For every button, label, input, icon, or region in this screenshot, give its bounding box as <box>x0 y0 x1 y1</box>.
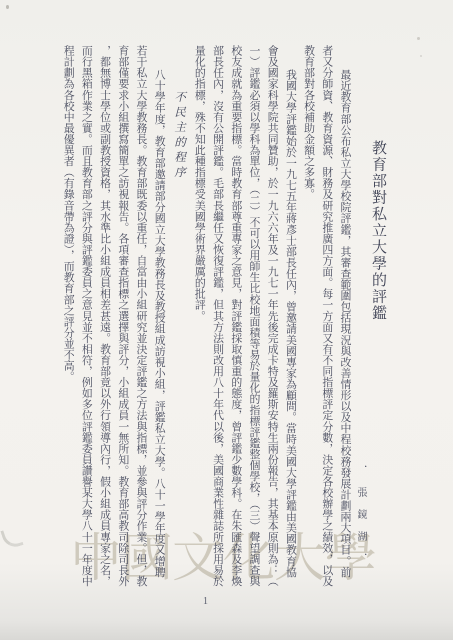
article-title: 教育部對私立大學的評鑑 <box>367 45 389 588</box>
article-body: 教育部對私立大學的評鑑 ．張鏡湖． 最近教育部公布私立大學校院評鑑，其審查範圍包… <box>53 45 389 588</box>
article-author: ．張鏡湖． <box>354 45 367 588</box>
paragraph-1: 最近教育部公布私立大學校院評鑑，其審查範圍包括現況與改善情形以及中程校務發展計劃… <box>299 45 354 588</box>
paragraph-2: 我國大學評鑑始於一九七五年蔣彥士部長任內，曾邀請美國專家為顧問。當時美國大學評鑑… <box>190 45 299 588</box>
scan-stray-mark <box>0 526 23 551</box>
paragraph-3: 八十學年度，教育部邀請部分國立大學教務長及教授組成訪視小組，評鑑私立大學。八十一… <box>59 45 168 588</box>
scan-speck <box>420 55 422 57</box>
section-heading: 不民主的程序 <box>169 45 189 588</box>
page-number: 1 <box>203 596 208 607</box>
scan-speck <box>417 37 420 40</box>
scanned-document-page: 中國文化大學 教育部對私立大學的評鑑 ．張鏡湖． 最近教育部公布私立大學校院評鑑… <box>0 0 453 640</box>
scan-speck <box>6 5 9 9</box>
